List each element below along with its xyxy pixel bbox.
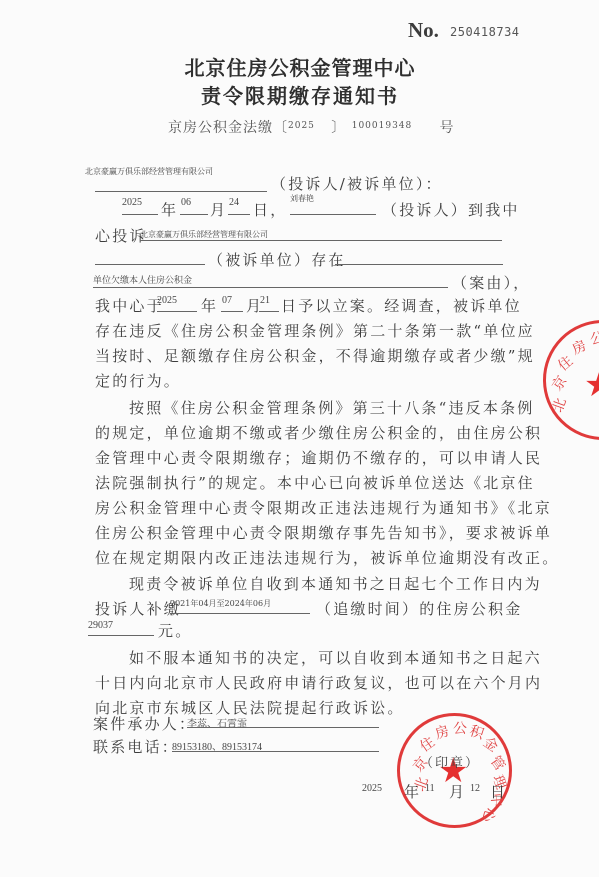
para3-line2-prefix: 投诉人补缴 [95,598,181,619]
filing-day-underline [259,311,279,312]
title-org: 北京住房公积金管理中心 [170,52,430,81]
complaint-day: 24 [229,197,239,208]
seal-char: 公 [588,327,599,349]
complaint-line2-prefix: 心投诉 [95,225,147,246]
filing-month-underline [221,311,243,312]
addressee-label: （投诉人/被诉单位）： [271,173,443,194]
doc-no-value: 250418734 [450,25,520,39]
para2-line2: 的规定，单位逾期不缴或者少缴住房公积金的，由住房公积 [95,422,542,443]
handler-label: 案件承办人： [93,713,196,734]
complaint-year-unit: 年 [161,199,178,220]
filing-month: 07 [222,295,232,306]
partial-seal: 北 京 住 房 公 ★ [543,320,599,440]
seal-star-icon: ★ [584,368,599,402]
para2-line1: 按照《住房公积金管理条例》第三十八条“违反本条例 [129,397,534,418]
file-number-prefix: 京房公积金法缴 [168,120,273,136]
para2-line7: 位在规定期限内改正违法违规行为，被诉单位逾期没有改正。 [95,547,559,568]
case-cause-underline [93,287,448,288]
complaint-year: 2025 [122,197,142,208]
addressee-underline [95,191,267,192]
para1-line2: 当按时、足额缴存住房公积金，不得逾期缴存或者少缴”规 [95,345,535,366]
sign-year: 2025 [362,783,382,794]
para3-line1: 现责令被诉单位自收到本通知书之日起七个工作日内为 [129,573,542,594]
phone-underline [172,751,379,752]
case-cause: 单位欠缴本人住房公积金 [93,273,192,286]
phone-label: 联系电话： [93,736,179,757]
complaint-month-underline [180,214,208,215]
sign-day: 12 [470,783,480,794]
file-number-bracket-close: 〕 [331,120,346,136]
existence-underline [335,264,503,265]
doc-no-label: No. [408,18,439,43]
title-doc: 责令限期缴存通知书 [170,80,430,109]
respondent-name: 北京豪赢万俱乐部经营管理有限公司 [140,229,268,240]
case-cause-label: （案由）， [452,272,531,293]
seal-label: （印章） [420,752,480,771]
para4-line2: 十日内向北京市人民政府申请行政复议，也可以在六个月内 [95,672,542,693]
seal-char: 房 [432,720,451,743]
arrears-period: 2021年04月至2024年06月 [170,598,271,609]
para3-line2-suffix: （追缴时间）的住房公积金 [316,598,522,619]
sign-day-unit: 日 [490,781,507,802]
para1-line3: 定的行为。 [95,370,181,391]
addressee-company: 北京豪赢万俱乐部经营管理有限公司 [85,166,213,177]
complaint-month: 06 [181,197,191,208]
seal-char: 京 [547,372,571,395]
file-number-year: 2025 [288,121,315,131]
complaint-day-unit: 日， [253,199,287,220]
para2-line4: 法院强制执行”的规定。本中心已向被诉单位送达《北京住 [95,472,535,493]
arrears-amount: 29037 [88,620,113,631]
arrears-period-underline [170,613,310,614]
respondent-underline [140,240,502,241]
filing-year-underline [157,311,197,312]
arrears-amount-unit: 元。 [158,620,192,641]
arrears-amount-underline [88,635,154,636]
filing-suffix: 日予以立案。经调查，被诉单位 [281,295,522,316]
file-number-bracket-open: 〔 [273,120,288,136]
complainant-label: （投诉人）到我中 [382,199,520,220]
seal-char: 公 [453,718,467,738]
complainant-name: 刘春艳 [290,193,314,204]
seal-char: 房 [568,335,589,359]
filing-day: 21 [260,295,270,306]
para2-line6: 住房公积金管理中心责令限期缴存事先告知书》，要求被诉单 [95,522,552,543]
respondent-label: （被诉单位）存在 [208,249,346,270]
seal-char: 住 [553,351,577,375]
sign-year-unit: 年 [404,781,421,802]
file-number: 京房公积金法缴〔2025 〕 100019348 号 [168,117,455,137]
file-number-suffix: 号 [440,120,455,136]
file-number-value: 100019348 [352,121,413,131]
seal-char: 心 [478,806,501,825]
complainant-underline [290,214,376,215]
seal-char: 北 [547,395,571,415]
sign-month-unit: 月 [449,781,466,802]
complaint-day-underline [228,214,250,215]
sign-month: 11 [425,783,435,794]
complaint-year-underline [122,214,158,215]
complaint-month-unit: 月 [210,199,227,220]
para1-line1: 存在违反《住房公积金管理条例》第二十条第一款“单位应 [95,320,535,341]
filing-year-unit: 年 [201,295,218,316]
handler-underline [187,727,379,728]
filing-year: 2025 [157,295,177,306]
para2-line3: 金管理中心责令限期缴存；逾期仍不缴存的，可以申请人民 [95,447,542,468]
filing-prefix: 我中心于 [95,295,164,316]
para2-line5: 房公积金管理中心责令限期改正违法违规行为通知书》《北京 [95,497,552,518]
para4-line1: 如不服本通知书的决定，可以自收到本通知书之日起六 [129,647,542,668]
respondent-unit-underline [95,264,205,265]
